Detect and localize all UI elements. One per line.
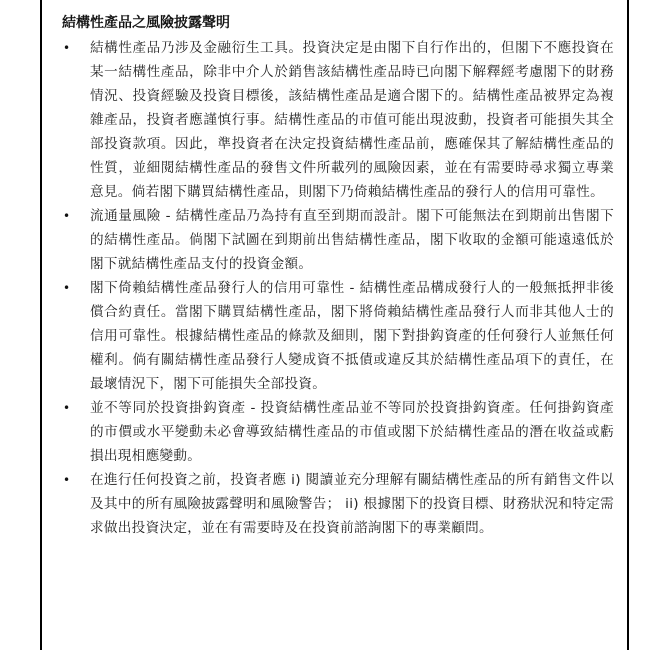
list-item: • 並不等同於投資掛鈎資產 - 投資結構性產品並不等同於投資掛鈎資產。任何掛鈎資… [62, 396, 614, 468]
list-item-text: 在進行任何投資之前，投資者應 i) 閱讀並充分理解有關結構性產品的所有銷售文件以… [90, 472, 614, 536]
risk-disclosure-list: • 結構性產品乃涉及金融衍生工具。投資決定是由閣下自行作出的，但閣下不應投資在某… [62, 36, 614, 540]
list-item: • 流通量風險 - 結構性產品乃為持有直至到期而設計。閣下可能無法在到期前出售閣… [62, 204, 614, 276]
bullet-icon: • [63, 36, 70, 60]
list-item-text: 並不等同於投資掛鈎資產 - 投資結構性產品並不等同於投資掛鈎資產。任何掛鈎資產的… [90, 400, 614, 464]
bullet-icon: • [63, 204, 70, 228]
list-item-text: 流通量風險 - 結構性產品乃為持有直至到期而設計。閣下可能無法在到期前出售閣下的… [90, 208, 614, 272]
bullet-icon: • [63, 468, 70, 492]
list-item: • 閣下倚賴結構性產品發行人的信用可靠性 - 結構性產品構成發行人的一般無抵押非… [62, 276, 614, 396]
list-item-text: 結構性產品乃涉及金融衍生工具。投資決定是由閣下自行作出的，但閣下不應投資在某一結… [90, 40, 614, 200]
list-item: • 在進行任何投資之前，投資者應 i) 閱讀並充分理解有關結構性產品的所有銷售文… [62, 468, 614, 540]
bullet-icon: • [63, 276, 70, 300]
list-item-text: 閣下倚賴結構性產品發行人的信用可靠性 - 結構性產品構成發行人的一般無抵押非後償… [90, 280, 614, 392]
document-title: 結構性產品之風險披露聲明 [62, 12, 230, 34]
list-item: • 結構性產品乃涉及金融衍生工具。投資決定是由閣下自行作出的，但閣下不應投資在某… [62, 36, 614, 204]
bullet-icon: • [63, 396, 70, 420]
